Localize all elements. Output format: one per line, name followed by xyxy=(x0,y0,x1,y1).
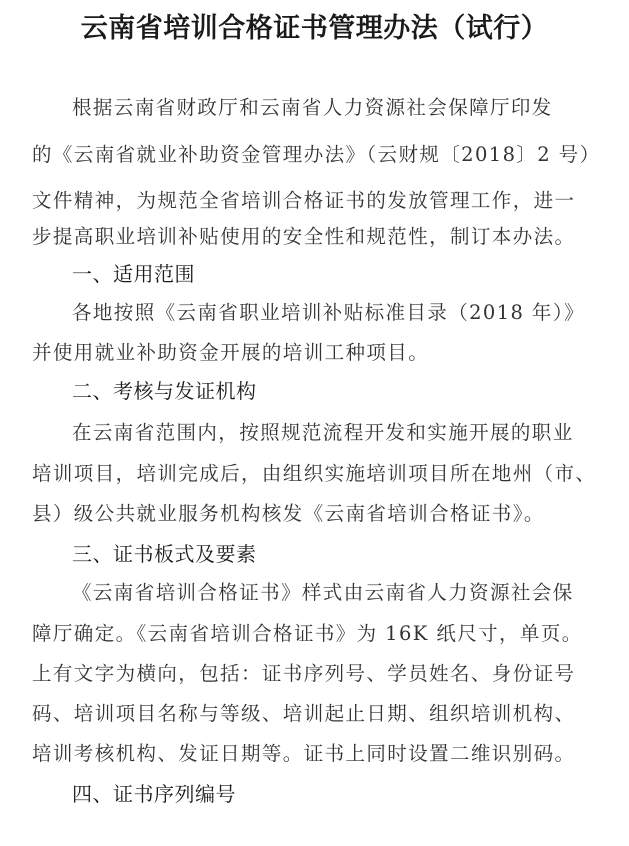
intro-line-4: 步提高职业培训补贴使用的安全性和规范性，制订本办法。 xyxy=(32,221,575,249)
section-2-line-2: 培训项目，培训完成后，由组织实施培训项目所在地州（市、 xyxy=(32,458,596,486)
section-3-heading: 三、证书板式及要素 xyxy=(72,538,257,567)
intro-line-2: 的《云南省就业补助资金管理办法》（云财规〔2018〕2 号） xyxy=(32,139,600,167)
section-3-line-2: 障厅确定。《云南省培训合格证书》为 16K 纸尺寸，单页。 xyxy=(32,618,583,646)
section-3-line-1: 《云南省培训合格证书》样式由云南省人力资源社会保 xyxy=(72,577,574,605)
section-2-line-3: 县）级公共就业服务机构核发《云南省培训合格证书》。 xyxy=(32,498,545,526)
section-3-line-5: 培训考核机构、发证日期等。证书上同时设置二维识别码。 xyxy=(32,738,575,766)
section-4-heading: 四、证书序列编号 xyxy=(72,778,236,807)
section-2-line-1: 在云南省范围内，按照规范流程开发和实施开展的职业 xyxy=(72,417,574,445)
section-1-line-1: 各地按照《云南省职业培训补贴标准目录（2018 年）》 xyxy=(72,297,585,325)
intro-line-1: 根据云南省财政厅和云南省人力资源社会保障厅印发 xyxy=(72,92,553,120)
intro-line-3: 文件精神，为规范全省培训合格证书的发放管理工作，进一 xyxy=(32,185,575,213)
section-1-heading: 一、适用范围 xyxy=(72,258,195,287)
section-3-line-3: 上有文字为横向，包括：证书序列号、学员姓名、身份证号 xyxy=(32,658,575,686)
section-3-line-4: 码、培训项目名称与等级、培训起止日期、组织培训机构、 xyxy=(32,698,575,726)
document-title: 云南省培训合格证书管理办法（试行） xyxy=(0,6,629,45)
section-2-heading: 二、考核与发证机构 xyxy=(72,375,257,404)
section-1-line-2: 并使用就业补助资金开展的培训工种项目。 xyxy=(32,337,429,365)
